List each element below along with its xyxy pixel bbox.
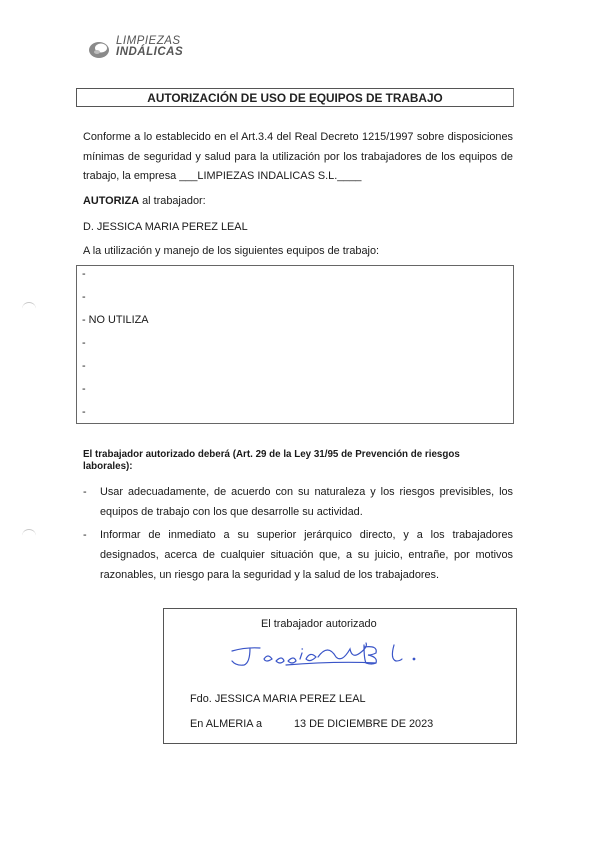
obligations-heading: El trabajador autorizado deberá (Art. 29…	[83, 449, 483, 473]
intro-paragraph: Conforme a lo establecido en el Art.3.4 …	[83, 128, 513, 187]
autoriza-line: AUTORIZA al trabajador:	[83, 192, 513, 212]
signature-date: 13 DE DICIEMBRE DE 2023	[294, 718, 433, 730]
equipment-item: -	[82, 360, 86, 372]
autoriza-rest: al trabajador:	[139, 195, 206, 207]
equipment-item: -	[82, 291, 86, 303]
equipment-item: -	[82, 406, 86, 418]
punch-hole-mark	[22, 529, 36, 538]
equipment-item: -	[82, 268, 86, 280]
worker-name: D. JESSICA MARIA PEREZ LEAL	[83, 218, 513, 238]
handwritten-signature-icon	[226, 639, 436, 671]
punch-hole-mark	[22, 302, 36, 311]
obligation-text: Informar de inmediato a su superior jerá…	[100, 525, 513, 585]
autoriza-label: AUTORIZA	[83, 195, 139, 207]
equipment-list-box: - - - NO UTILIZA - - - -	[76, 265, 514, 424]
signature-box: El trabajador autorizado Fdo. JESSICA MA…	[163, 608, 517, 744]
limpiezas-logo-icon	[88, 38, 110, 60]
equipment-item: -	[82, 383, 86, 395]
equipment-item: - NO UTILIZA	[82, 314, 149, 326]
equipment-item: -	[82, 337, 86, 349]
equipment-intro: A la utilización y manejo de los siguien…	[83, 242, 513, 262]
document-title-box: AUTORIZACIÓN DE USO DE EQUIPOS DE TRABAJ…	[76, 88, 514, 107]
signed-by: Fdo. JESSICA MARIA PEREZ LEAL	[190, 693, 366, 705]
signature-place: En ALMERIA a	[190, 718, 262, 730]
logo-line2: INDÁLICAS	[116, 47, 183, 58]
bullet-dash: -	[83, 525, 87, 545]
company-logo: LIMPIEZAS INDÁLICAS	[88, 36, 228, 66]
document-title: AUTORIZACIÓN DE USO DE EQUIPOS DE TRABAJ…	[147, 91, 442, 105]
obligation-text: Usar adecuadamente, de acuerdo con su na…	[100, 482, 513, 522]
bullet-dash: -	[83, 482, 87, 502]
logo-text: LIMPIEZAS INDÁLICAS	[116, 36, 183, 58]
signature-label: El trabajador autorizado	[261, 618, 377, 630]
